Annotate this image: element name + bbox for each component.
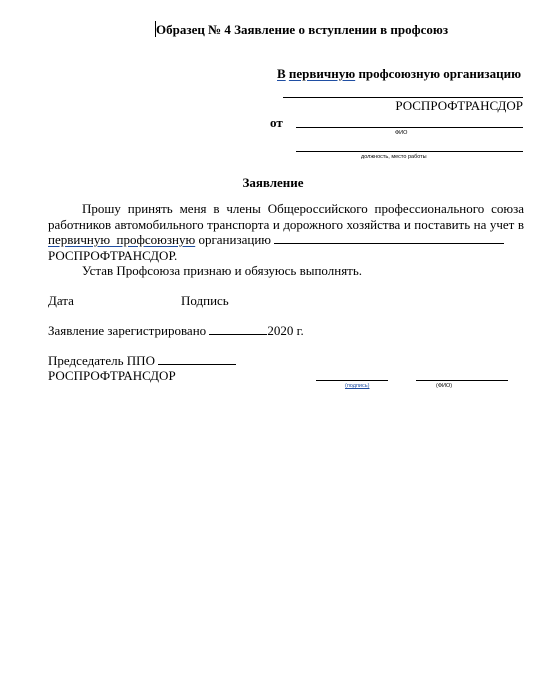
fio-line	[296, 127, 523, 128]
paragraph-mid: организацию	[198, 232, 271, 247]
chairman-blank	[158, 354, 236, 365]
statement-paragraph: Прошу принять меня в члены Общероссийско…	[48, 201, 524, 263]
registered-label: Заявление зарегистрировано	[48, 323, 206, 338]
charter-text: Устав Профсоюза признаю и обязуюсь выпол…	[82, 263, 362, 278]
registered-line: Заявление зарегистрировано 2020 г.	[48, 323, 304, 339]
registered-blank	[209, 324, 267, 335]
position-line	[296, 151, 523, 152]
spellcheck-word[interactable]: первичную	[289, 66, 355, 81]
org-blank	[274, 233, 504, 244]
fio-caption: ФИО	[395, 130, 407, 136]
fio-sign-line	[416, 380, 508, 381]
fio-sign-caption: (ФИО)	[436, 383, 452, 389]
date-label: Дата	[48, 293, 74, 309]
addressee-line: В первичную профсоюзную организацию	[277, 66, 521, 82]
chairman-label: Председатель ППО	[48, 353, 155, 368]
paragraph-end: РОСПРОФТРАНСДОР.	[48, 248, 177, 263]
signature-line	[316, 380, 388, 381]
paragraph-start: Прошу принять меня в члены Общероссийско…	[48, 201, 524, 232]
signature-label: Подпись	[181, 293, 229, 309]
org-name: РОСПРОФТРАНСДОР	[395, 98, 523, 114]
chairman-org: РОСПРОФТРАНСДОР	[48, 368, 176, 384]
document-title: Образец № 4 Заявление о вступлении в про…	[156, 22, 448, 38]
position-caption: должность, место работы	[361, 154, 427, 160]
charter-line: Устав Профсоюза признаю и обязуюсь выпол…	[48, 263, 362, 279]
spellcheck-phrase[interactable]: первичную профсоюзную	[48, 232, 195, 247]
addressee-prefix: В	[277, 66, 286, 81]
statement-heading: Заявление	[0, 175, 546, 191]
registered-year: 2020 г.	[267, 323, 303, 338]
addressee-rest: профсоюзную организацию	[358, 66, 521, 81]
from-label: от	[270, 115, 283, 131]
chairman-line: Председатель ППО	[48, 353, 236, 369]
signature-caption: (подпись)	[345, 383, 369, 389]
